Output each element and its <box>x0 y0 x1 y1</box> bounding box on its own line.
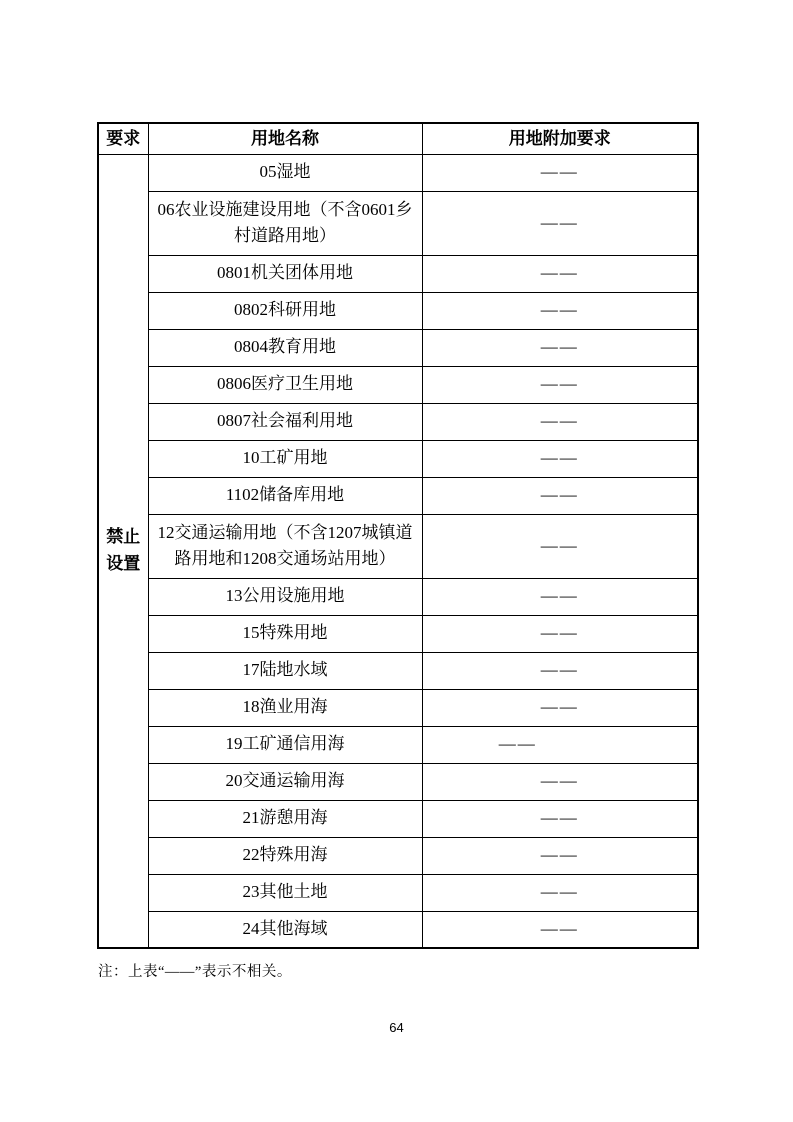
land-name-cell: 15特殊用地 <box>148 615 422 652</box>
land-name-cell: 13公用设施用地 <box>148 578 422 615</box>
additional-requirement-cell: —— <box>422 154 698 191</box>
table-row: 0804教育用地 —— <box>98 329 698 366</box>
table-row: 15特殊用地 —— <box>98 615 698 652</box>
header-requirement: 要求 <box>98 123 148 154</box>
land-name-cell: 0801机关团体用地 <box>148 255 422 292</box>
land-name-cell: 21游憩用海 <box>148 800 422 837</box>
land-name-cell: 12交通运输用地（不含1207城镇道路用地和1208交通场站用地） <box>148 514 422 578</box>
land-name-cell: 0802科研用地 <box>148 292 422 329</box>
additional-requirement-cell: —— <box>422 366 698 403</box>
additional-requirement-cell: —— <box>422 763 698 800</box>
land-name-cell: 0806医疗卫生用地 <box>148 366 422 403</box>
additional-requirement-cell: —— <box>422 874 698 911</box>
table-row: 22特殊用海 —— <box>98 837 698 874</box>
table-row: 17陆地水域 —— <box>98 652 698 689</box>
table-row: 禁止设置 05湿地 —— <box>98 154 698 191</box>
table-row: 13公用设施用地 —— <box>98 578 698 615</box>
table-row: 12交通运输用地（不含1207城镇道路用地和1208交通场站用地） —— <box>98 514 698 578</box>
header-additional-requirement: 用地附加要求 <box>422 123 698 154</box>
document-page: 要求 用地名称 用地附加要求 禁止设置 05湿地 —— 06农业设施建设用地（不… <box>0 0 793 1122</box>
table-row: 0806医疗卫生用地 —— <box>98 366 698 403</box>
land-name-cell: 17陆地水域 <box>148 652 422 689</box>
additional-requirement-cell: —— <box>422 440 698 477</box>
requirement-group-label: 禁止设置 <box>98 154 148 948</box>
additional-requirement-cell: —— <box>422 292 698 329</box>
footnote: 注：上表“——”表示不相关。 <box>98 960 292 981</box>
land-name-cell: 0804教育用地 <box>148 329 422 366</box>
land-use-table: 要求 用地名称 用地附加要求 禁止设置 05湿地 —— 06农业设施建设用地（不… <box>97 122 699 949</box>
additional-requirement-cell: —— <box>422 191 698 255</box>
table-row: 20交通运输用海 —— <box>98 763 698 800</box>
additional-requirement-cell: —— <box>422 403 698 440</box>
land-name-cell: 1102储备库用地 <box>148 477 422 514</box>
additional-requirement-cell: —— <box>422 514 698 578</box>
additional-requirement-cell: —— <box>422 689 698 726</box>
table-row: 23其他土地 —— <box>98 874 698 911</box>
additional-requirement-cell: —— <box>422 911 698 948</box>
additional-requirement-cell: —— <box>422 578 698 615</box>
additional-requirement-cell: —— <box>422 329 698 366</box>
table-row: 06农业设施建设用地（不含0601乡村道路用地） —— <box>98 191 698 255</box>
additional-requirement-cell: —— <box>422 726 698 763</box>
land-name-cell: 23其他土地 <box>148 874 422 911</box>
land-name-cell: 0807社会福利用地 <box>148 403 422 440</box>
table-row: 10工矿用地 —— <box>98 440 698 477</box>
additional-requirement-cell: —— <box>422 652 698 689</box>
table-row: 24其他海域 —— <box>98 911 698 948</box>
land-name-cell: 24其他海域 <box>148 911 422 948</box>
table-header-row: 要求 用地名称 用地附加要求 <box>98 123 698 154</box>
land-name-cell: 18渔业用海 <box>148 689 422 726</box>
additional-requirement-cell: —— <box>422 255 698 292</box>
additional-requirement-cell: —— <box>422 800 698 837</box>
additional-requirement-cell: —— <box>422 837 698 874</box>
land-name-cell: 06农业设施建设用地（不含0601乡村道路用地） <box>148 191 422 255</box>
land-name-cell: 22特殊用海 <box>148 837 422 874</box>
land-name-cell: 05湿地 <box>148 154 422 191</box>
table-row: 0801机关团体用地 —— <box>98 255 698 292</box>
additional-requirement-cell: —— <box>422 477 698 514</box>
table-row: 18渔业用海 —— <box>98 689 698 726</box>
header-land-name: 用地名称 <box>148 123 422 154</box>
land-name-cell: 20交通运输用海 <box>148 763 422 800</box>
table-row: 21游憩用海 —— <box>98 800 698 837</box>
table-row: 1102储备库用地 —— <box>98 477 698 514</box>
land-name-cell: 10工矿用地 <box>148 440 422 477</box>
page-number: 64 <box>0 1020 793 1035</box>
land-name-cell: 19工矿通信用海 <box>148 726 422 763</box>
additional-requirement-cell: —— <box>422 615 698 652</box>
table-row: 0807社会福利用地 —— <box>98 403 698 440</box>
table-row: 0802科研用地 —— <box>98 292 698 329</box>
table-row: 19工矿通信用海 —— <box>98 726 698 763</box>
